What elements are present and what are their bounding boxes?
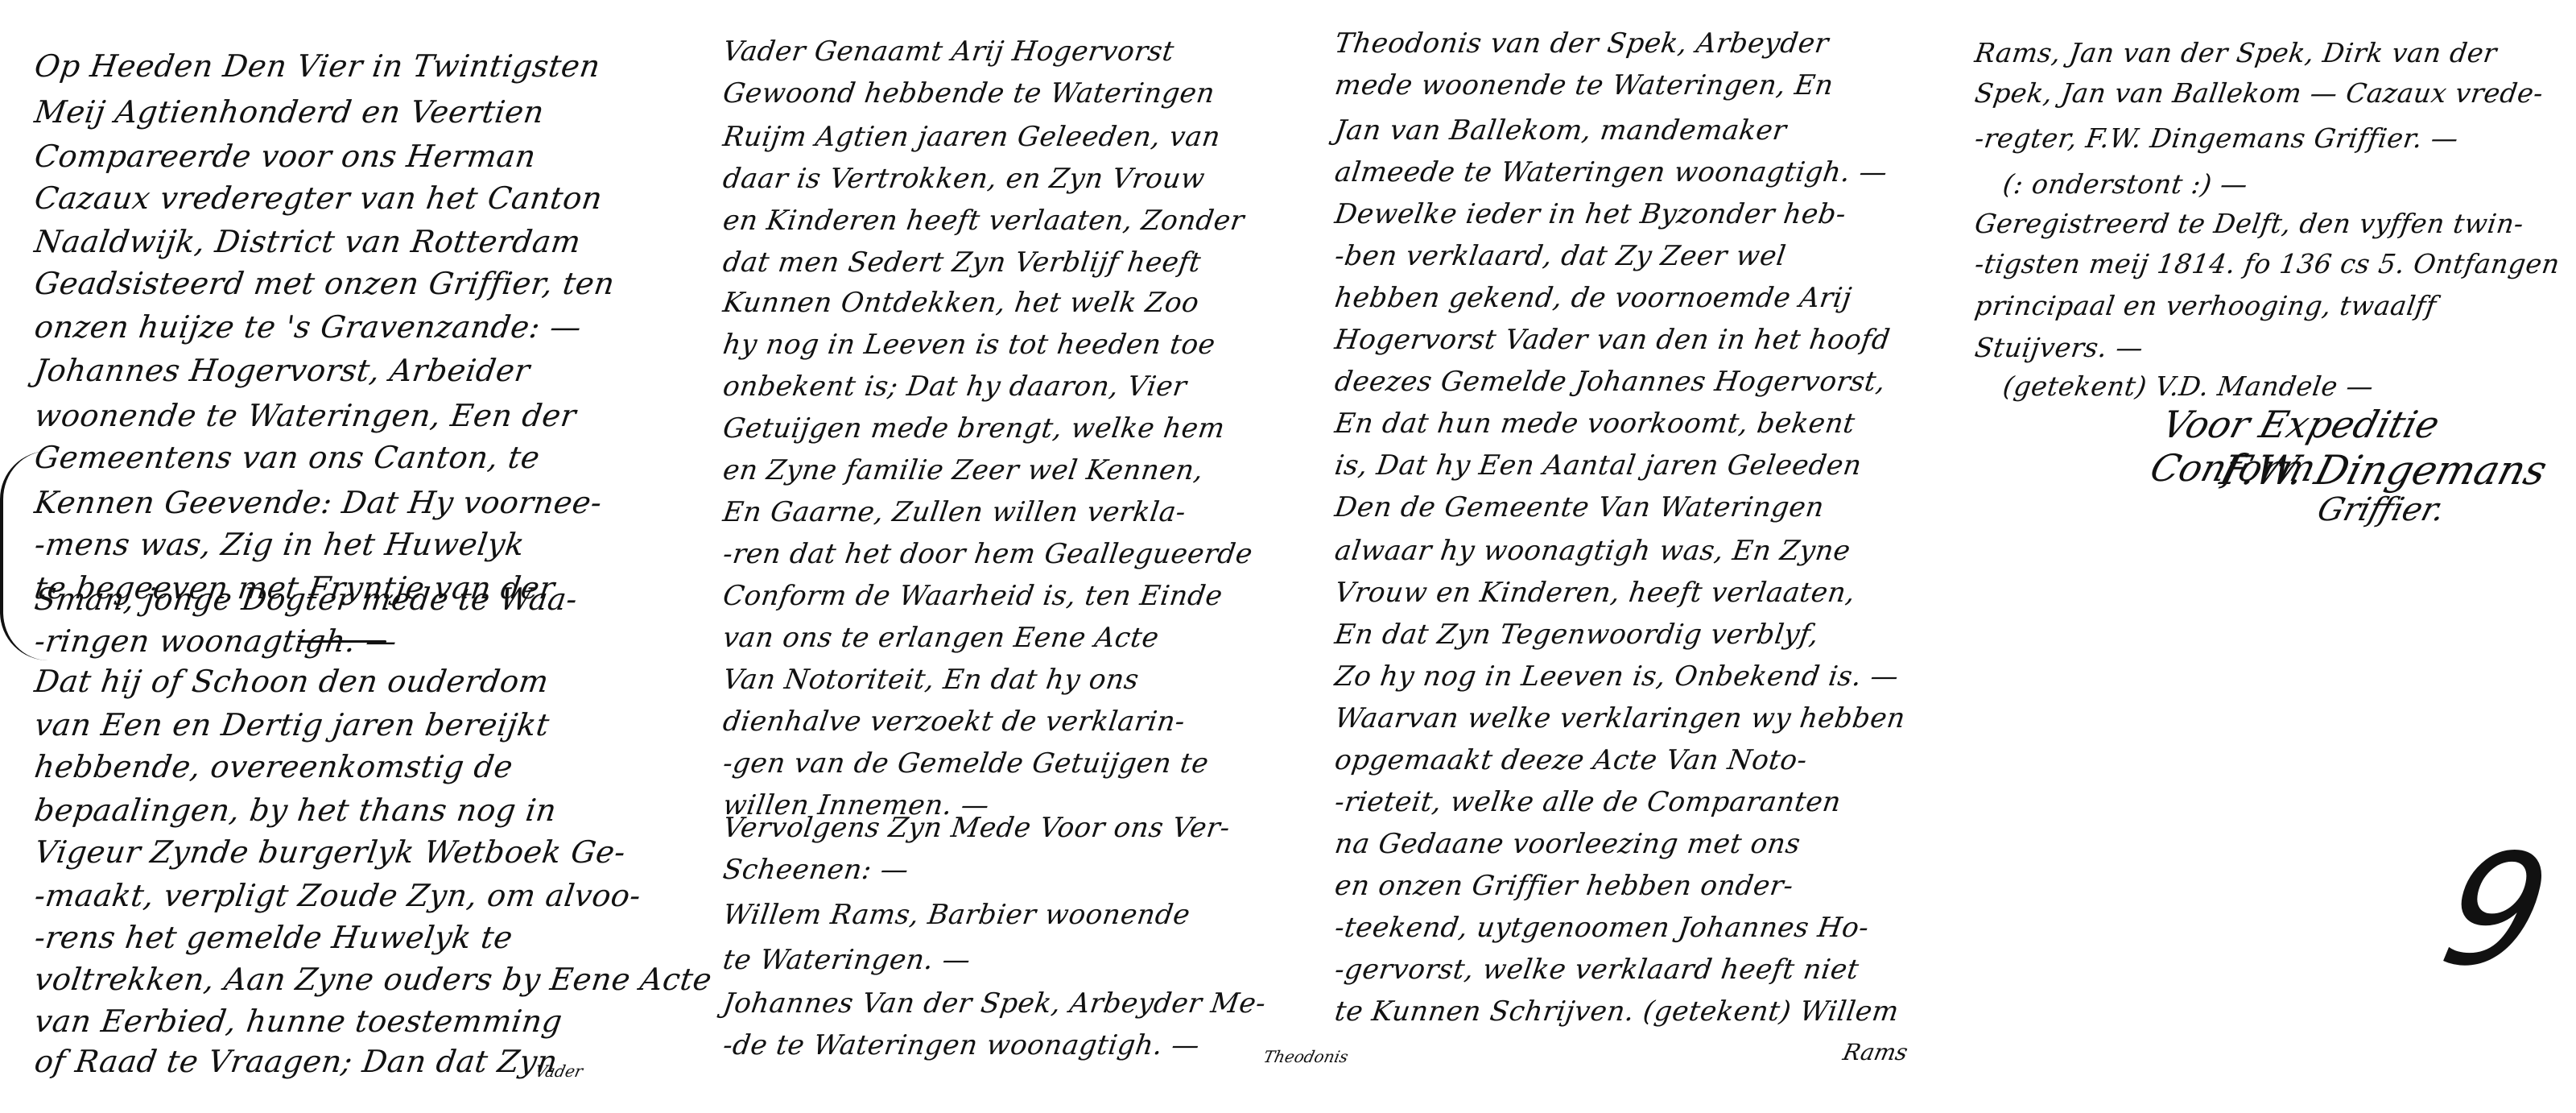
text-line: Sman, jonge Dogter mede te Waa- — [32, 580, 682, 619]
text-line: -de te Wateringen woonagtigh. — — [720, 1026, 1318, 1065]
text-line: -ben verklaard, dat Zy Zeer wel — [1332, 237, 1930, 275]
griffier-signature: F.W. Dingemans — [2215, 447, 2552, 494]
text-line: mede woonende te Wateringen, En — [1332, 66, 1930, 105]
text-line: Jan van Ballekom, mandemaker — [1332, 111, 1930, 150]
text-line: hebben gekend, de voornoemde Arij — [1332, 279, 1930, 317]
text-line: En dat hun mede voorkoomt, bekent — [1332, 404, 1930, 443]
text-line: Op Heeden Den Vier in Twintigsten — [32, 47, 682, 85]
text-line: -gen van de Gemelde Getuijgen te — [720, 744, 1318, 783]
text-line: te Kunnen Schrijven. (getekent) Willem — [1332, 992, 1930, 1031]
text-line: bepaalingen, by het thans nog in — [32, 791, 682, 830]
text-line: te Wateringen. — — [720, 941, 1318, 979]
text-line: Geregistreerd te Delft, den vyffen twin- — [1972, 205, 2574, 243]
text-line: Vader Genaamt Arij Hogervorst — [720, 32, 1318, 71]
text-line: -tigsten meij 1814. fo 136 cs 5. Ontfang… — [1972, 245, 2574, 283]
text-line: van Eerbied, hunne toestemming — [32, 1002, 682, 1041]
catchword: Rams — [1840, 1039, 1909, 1065]
text-line: Gewoond hebbende te Wateringen — [720, 74, 1318, 113]
text-line: Dewelke ieder in het Byzonder heb- — [1332, 195, 1930, 234]
text-line: van ons te erlangen Eene Acte — [720, 619, 1318, 657]
text-line: Dat hij of Schoon den ouderdom — [32, 662, 682, 701]
text-line: almeede te Wateringen woonagtigh. — — [1332, 153, 1930, 192]
text-line: -maakt, verpligt Zoude Zyn, om alvoo- — [32, 876, 682, 915]
text-line: Willem Rams, Barbier woonende — [720, 896, 1318, 934]
text-line: en Kinderen heeft verlaaten, Zonder — [720, 201, 1318, 240]
text-line: Stuijvers. — — [1972, 329, 2574, 367]
text-line: Kunnen Ontdekken, het welk Zoo — [720, 283, 1318, 322]
text-line: Waarvan welke verklaringen wy hebben — [1332, 699, 1930, 738]
text-line: Zo hy nog in Leeven is, Onbekend is. — — [1332, 657, 1930, 696]
text-line: (getekent) V.D. Mandele — — [2000, 367, 2574, 406]
text-line: hebbende, overeenkomstig de — [32, 747, 682, 786]
catchword: Vader — [533, 1061, 584, 1081]
text-line: Cazaux vrederegter van het Canton — [32, 179, 682, 217]
text-line: Scheenen: — — [720, 850, 1318, 889]
text-line: Getuijgen mede brengt, welke hem — [720, 409, 1318, 448]
text-line: -regter, F.W. Dingemans Griffier. — — [1972, 119, 2574, 158]
text-line: -gervorst, welke verklaard heeft niet — [1332, 950, 1930, 989]
text-line: -mens was, Zig in het Huwelyk — [32, 525, 682, 564]
column-3: Theodonis van der Spek, Arbeyder mede wo… — [1320, 0, 1932, 1113]
column-1: Op Heeden Den Vier in Twintigsten Meij A… — [0, 0, 684, 1113]
text-line: van Een en Dertig jaren bereijkt — [32, 705, 682, 744]
text-line: deezes Gemelde Johannes Hogervorst, — [1332, 362, 1930, 401]
text-line: Conform de Waarheid is, ten Einde — [720, 577, 1318, 615]
column-2: Vader Genaamt Arij Hogervorst Gewoond he… — [708, 0, 1320, 1113]
text-line: (: onderstont :) — — [2000, 165, 2574, 204]
text-line: Vervolgens Zyn Mede Voor ons Ver- — [720, 809, 1318, 847]
text-line: Compareerde voor ons Herman — [32, 137, 682, 176]
text-line: Johannes Van der Spek, Arbeyder Me- — [720, 984, 1318, 1023]
text-line: Naaldwijk, District van Rotterdam — [32, 222, 682, 261]
text-line: Spek, Jan van Ballekom — Cazaux vrede- — [1972, 74, 2574, 113]
text-line: Johannes Hogervorst, Arbeider — [32, 351, 682, 390]
text-line: -rieteit, welke alle de Comparanten — [1332, 783, 1930, 821]
text-line: Geadsisteerd met onzen Griffier, ten — [32, 264, 682, 303]
text-line: Ruijm Agtien jaaren Geleeden, van — [720, 118, 1318, 156]
text-line: onbekent is; Dat hy daaron, Vier — [720, 367, 1318, 406]
text-line: is, Dat hy Een Aantal jaren Geleeden — [1332, 446, 1930, 485]
text-line: principaal en verhooging, twaalff — [1972, 287, 2574, 325]
text-line: Hogervorst Vader van den in het hoofd — [1332, 321, 1930, 359]
text-line: Meij Agtienhonderd en Veertien — [32, 93, 682, 131]
text-line: -teekend, uytgenoomen Johannes Ho- — [1332, 908, 1930, 947]
text-line: alwaar hy woonagtigh was, En Zyne — [1332, 532, 1930, 570]
text-line: En dat Zyn Tegenwoordig verblyf, — [1332, 615, 1930, 654]
text-line: en Zyne familie Zeer wel Kennen, — [720, 451, 1318, 490]
text-line: na Gedaane voorleezing met ons — [1332, 825, 1930, 863]
text-line: En Gaarne, Zullen willen verkla- — [720, 493, 1318, 532]
griffier-title: Griffier. — [2314, 491, 2449, 528]
line-filler-rule — [298, 640, 386, 643]
text-line: dat men Sedert Zyn Verblijf heeft — [720, 243, 1318, 282]
text-line: dienhalve verzoekt de verklarin- — [720, 702, 1318, 741]
text-line: Theodonis van der Spek, Arbeyder — [1332, 24, 1930, 63]
text-line: opgemaakt deeze Acte Van Noto- — [1332, 741, 1930, 780]
text-line: Vigeur Zynde burgerlyk Wetboek Ge- — [32, 833, 682, 871]
text-line: onzen huijze te 's Gravenzande: — — [32, 308, 682, 346]
text-line: hy nog in Leeven is tot heeden toe — [720, 325, 1318, 364]
text-line: Rams, Jan van der Spek, Dirk van der — [1972, 34, 2574, 72]
text-line: woonende te Wateringen, Een der — [32, 396, 682, 435]
text-line: -ren dat het door hem Geallegueerde — [720, 535, 1318, 573]
text-line: -rens het gemelde Huwelyk te — [32, 918, 682, 957]
text-line: Kennen Geevende: Dat Hy voornee- — [32, 483, 682, 522]
document-page: Op Heeden Den Vier in Twintigsten Meij A… — [0, 0, 2576, 1113]
text-line: Van Notoriteit, En dat hy ons — [720, 660, 1318, 699]
text-line: Vrouw en Kinderen, heeft verlaaten, — [1332, 573, 1930, 612]
text-line: daar is Vertrokken, en Zyn Vrouw — [720, 159, 1318, 198]
text-line: Gemeentens van ons Canton, te — [32, 438, 682, 477]
text-line: Den de Gemeente Van Wateringen — [1332, 488, 1930, 527]
text-line: voltrekken, Aan Zyne ouders by Eene Acte — [32, 960, 682, 999]
text-line: en onzen Griffier hebben onder- — [1332, 867, 1930, 905]
